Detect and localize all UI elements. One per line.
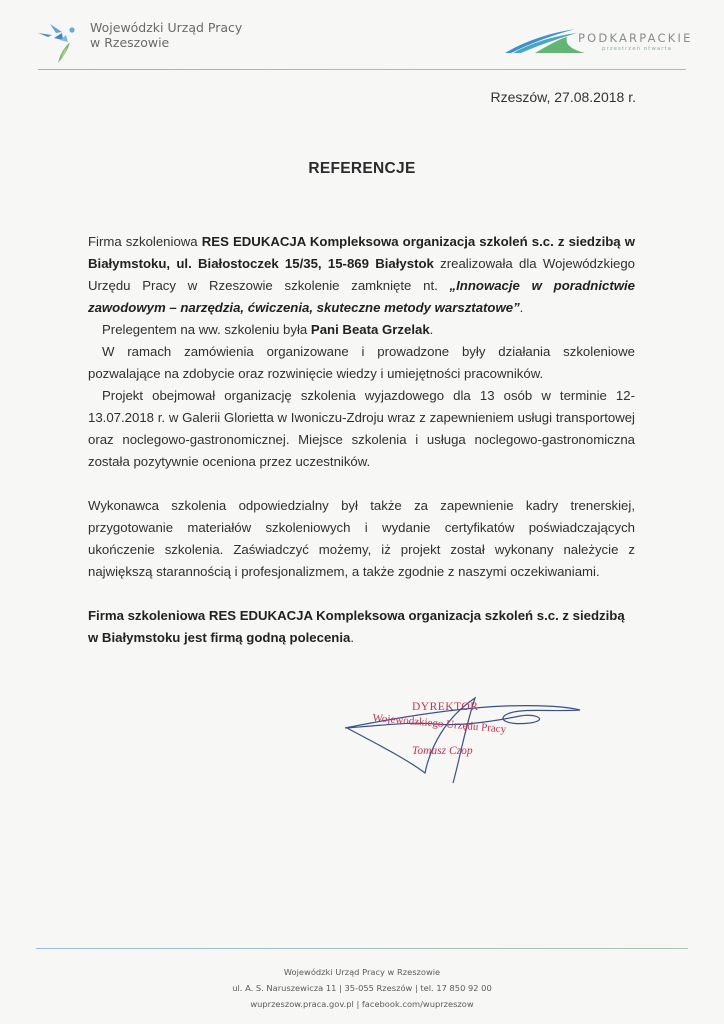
stamp-title: DYREKTOR: [412, 701, 478, 713]
organization-name: Wojewódzki Urząd Pracy w Rzeszowie: [90, 20, 242, 50]
paragraph-project: Projekt obejmował organizację szkolenia …: [88, 385, 635, 473]
footer-divider: [36, 948, 688, 949]
region-slogan: przestrzeń otwarta: [602, 46, 672, 52]
region-name: PODKARPACKIE: [578, 31, 693, 45]
paragraph-contractor: Wykonawca szkolenia odpowiedzialny był t…: [88, 495, 635, 583]
footer: Wojewódzki Urząd Pracy w Rzeszowie ul. A…: [0, 964, 724, 1012]
paragraph-speaker: Prelegentem na ww. szkoleniu była Pani B…: [88, 319, 635, 341]
letter-date: Rzeszów, 27.08.2018 r.: [490, 89, 636, 105]
paragraph-scope: W ramach zamówienia organizowane i prowa…: [88, 341, 635, 385]
podkarpackie-hills-logo-icon: [505, 27, 589, 54]
letter-title: REFERENCJE: [0, 160, 724, 178]
wup-bird-logo-icon: [36, 20, 82, 64]
footer-org: Wojewódzki Urząd Pracy w Rzeszowie: [0, 964, 724, 980]
stamp-name: Tomasz Czop: [412, 745, 473, 757]
letter-body: Firma szkoleniowa RES EDUKACJA Komplekso…: [88, 231, 635, 649]
footer-links: wuprzeszow.praca.gov.pl | facebook.com/w…: [0, 996, 724, 1012]
letter-page: Wojewódzki Urząd Pracy w Rzeszowie PODKA…: [0, 0, 724, 1024]
header-divider: [38, 69, 686, 70]
paragraph-recommendation: Firma szkoleniowa RES EDUKACJA Komplekso…: [88, 605, 635, 649]
paragraph-intro: Firma szkoleniowa RES EDUKACJA Komplekso…: [88, 231, 635, 319]
footer-address: ul. A. S. Naruszewicza 11 | 35-055 Rzesz…: [0, 980, 724, 996]
